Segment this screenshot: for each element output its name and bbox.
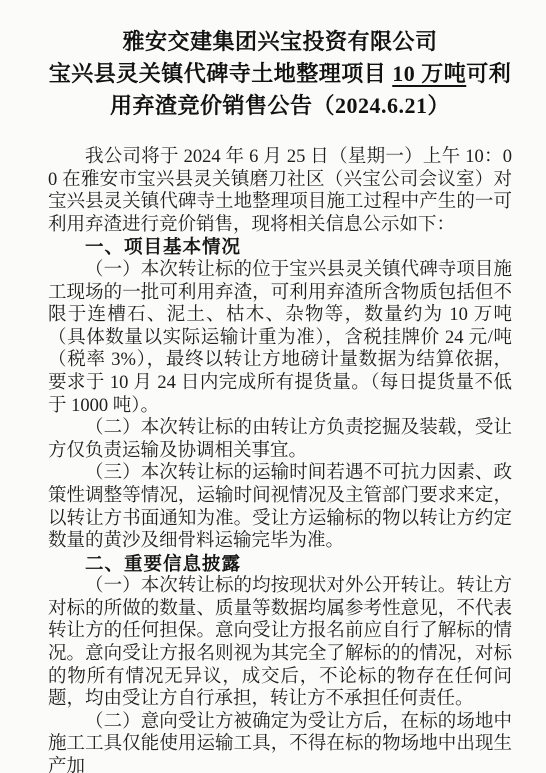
section-2-heading: 二、重要信息披露 [48,553,512,576]
title-line-2: 宝兴县灵关镇代碑寺土地整理项目 10 万吨可利 [34,58,526,90]
section-1-item-3: （三）本次转让标的运输时间若遇不可抗力因素、政策性调整等情况，运输时间视情况及主… [48,462,512,552]
section-1-item-1: （一）本次转让标的位于宝兴县灵关镇代碑寺项目施工现场的一批可利用弃渣，可利用弃渣… [48,259,512,417]
document-title: 雅安交建集团兴宝投资有限公司 宝兴县灵关镇代碑寺土地整理项目 10 万吨可利 用… [34,26,526,122]
document-page: 雅安交建集团兴宝投资有限公司 宝兴县灵关镇代碑寺土地整理项目 10 万吨可利 用… [0,0,546,773]
intro-paragraph: 我公司将于 2024 年 6 月 25 日（星期一）上午 10：00 在雅安市宝… [48,146,512,236]
title-line-3: 用弃渣竞价销售公告（2024.6.21） [34,90,526,122]
document-body: 我公司将于 2024 年 6 月 25 日（星期一）上午 10：00 在雅安市宝… [48,146,512,773]
section-1-item-2: （二）本次转让标的由转让方负责挖掘及装载，受让方仅负责运输及协调相关事宜。 [48,417,512,462]
title-line-2-pre: 宝兴县灵关镇代碑寺土地整理项目 [49,61,393,86]
title-line-1: 雅安交建集团兴宝投资有限公司 [34,26,526,58]
title-line-2-post: 可利 [466,61,511,86]
title-underlined-quantity: 10 万吨 [392,61,466,86]
section-1-heading: 一、项目基本情况 [48,236,512,259]
section-2-item-2: （二）意向受让方被确定为受让方后，在标的场地中施工工具仅能使用运输工具，不得在标… [48,711,512,773]
section-2-item-1: （一）本次转让标的均按现状对外公开转让。转让方对标的所做的数量、质量等数据均属参… [48,575,512,711]
